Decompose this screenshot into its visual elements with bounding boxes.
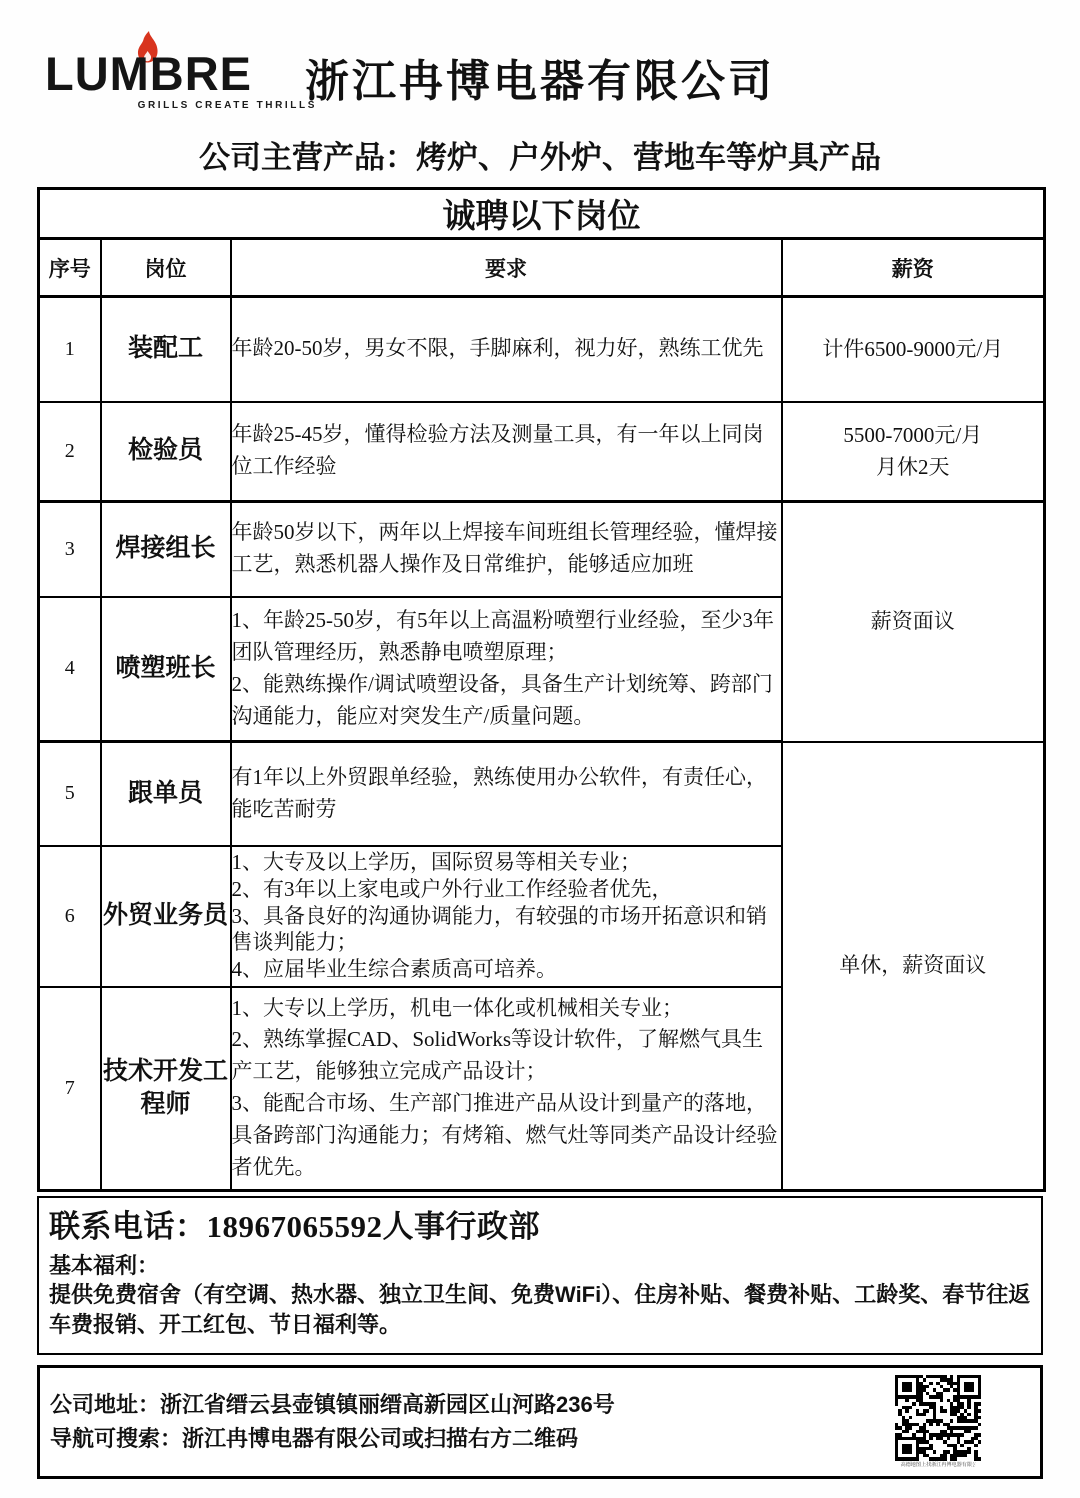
salary-text: 计件6500-9000元/月 [783,333,1044,366]
benefits-title: 基本福利： [49,1249,1031,1280]
col-header-requirements: 要求 [231,239,782,297]
position-name: 外贸业务员 [101,846,231,987]
col-header-salary: 薪资 [782,239,1045,297]
requirement-text: 2、熟练掌握CAD、SolidWorks等设计软件，了解燃气具生产工艺，能够独立… [232,1024,781,1088]
lumbre-logo: LUMBRE GRILLS CREATE THRILLS [45,50,317,111]
table-row: 1 装配工 年龄20-50岁，男女不限，手脚麻利，视力好，熟练工优先 计件650… [39,297,1045,402]
recruitment-poster: LUMBRE GRILLS CREATE THRILLS 浙江冉博电器有限公司 … [0,0,1080,1498]
qr-caption: 高德地图上找浙江冉博电器有限公司位置 [901,1461,976,1468]
col-header-position: 岗位 [101,239,231,297]
salary-text: 5500-7000元/月 [783,419,1044,452]
position-name: 检验员 [101,402,231,502]
address-box: 公司地址：浙江省缙云县壶镇镇丽缙高新园区山河路236号 导航可搜索：浙江冉博电器… [37,1365,1043,1479]
salary-text-merged: 单休，薪资面议 [782,742,1045,1191]
requirement-text: 1、大专以上学历，机电一体化或机械相关专业； [232,993,781,1025]
salary-text-merged: 薪资面议 [782,502,1045,742]
row-number: 6 [39,846,101,987]
salary-text: 月休2天 [783,451,1044,484]
position-name: 技术开发工程师 [101,987,231,1191]
row-number: 2 [39,402,101,502]
qr-code: 高德地图上找浙江冉博电器有限公司位置 [894,1375,982,1469]
requirement-text: 年龄20-50岁，男女不限，手脚麻利，视力好，熟练工优先 [232,333,781,365]
contact-box: 联系电话：18967065592人事行政部 基本福利： 提供免费宿舍（有空调、热… [37,1196,1043,1355]
requirement-text: 1、大专及以上学历，国际贸易等相关专业； [232,849,781,876]
table-row: 3 焊接组长 年龄50岁以下，两年以上焊接车间班组长管理经验，懂焊接工艺，熟悉机… [39,502,1045,597]
header: LUMBRE GRILLS CREATE THRILLS 浙江冉博电器有限公司 [37,0,1043,124]
contact-phone: 联系电话：18967065592人事行政部 [49,1201,1031,1246]
row-number: 3 [39,502,101,597]
requirement-text: 2、有3年以上家电或户外行业工作经验者优先， [232,876,781,903]
position-name: 跟单员 [101,742,231,846]
requirement-text: 年龄50岁以下，两年以上焊接车间班组长管理经验，懂焊接工艺，熟悉机器人操作及日常… [232,517,781,581]
row-number: 1 [39,297,101,402]
requirement-text: 3、具备良好的沟通协调能力，有较强的市场开拓意识和销售谈判能力； [232,903,781,957]
benefits-text: 提供免费宿舍（有空调、热水器、独立卫生间、免费WiFi）、住房补贴、餐费补贴、工… [49,1280,1031,1341]
requirement-text: 1、年龄25-50岁，有5年以上高温粉喷塑行业经验，至少3年团队管理经历，熟悉静… [232,605,781,669]
row-number: 7 [39,987,101,1191]
position-name: 喷塑班长 [101,597,231,742]
table-row: 5 跟单员 有1年以上外贸跟单经验，熟练使用办公软件，有责任心，能吃苦耐劳 单休… [39,742,1045,846]
jobs-table: 诚聘以下岗位 序号 岗位 要求 薪资 1 装配工 年龄20-50岁，男女不限，手… [37,187,1046,1192]
requirement-text: 年龄25-45岁，懂得检验方法及测量工具，有一年以上同岗位工作经验 [232,419,781,483]
logo-tagline: GRILLS CREATE THRILLS [45,100,317,111]
row-number: 4 [39,597,101,742]
col-header-no: 序号 [39,239,101,297]
company-address: 公司地址：浙江省缙云县壶镇镇丽缙高新园区山河路236号 [50,1388,615,1422]
requirement-text: 2、能熟练操作/调试喷塑设备，具备生产计划统筹、跨部门沟通能力，能应对突发生产/… [232,669,781,733]
position-name: 焊接组长 [101,502,231,597]
requirement-text: 4、应届毕业生综合素质高可培养。 [232,956,781,983]
requirement-text: 3、能配合市场、生产部门推进产品从设计到量产的落地，具备跨部门沟通能力；有烤箱、… [232,1088,781,1184]
products-subtitle: 公司主营产品：烤炉、户外炉、营地车等炉具产品 [37,132,1043,177]
table-row: 2 检验员 年龄25-45岁，懂得检验方法及测量工具，有一年以上同岗位工作经验 … [39,402,1045,502]
qr-pattern [895,1375,981,1461]
logo-text: LUMBRE [45,50,317,97]
requirement-text: 有1年以上外贸跟单经验，熟练使用办公软件，有责任心，能吃苦耐劳 [232,762,781,826]
row-number: 5 [39,742,101,846]
navigation-hint: 导航可搜索：浙江冉博电器有限公司或扫描右方二维码 [50,1422,615,1456]
table-title: 诚聘以下岗位 [39,189,1045,239]
position-name: 装配工 [101,297,231,402]
